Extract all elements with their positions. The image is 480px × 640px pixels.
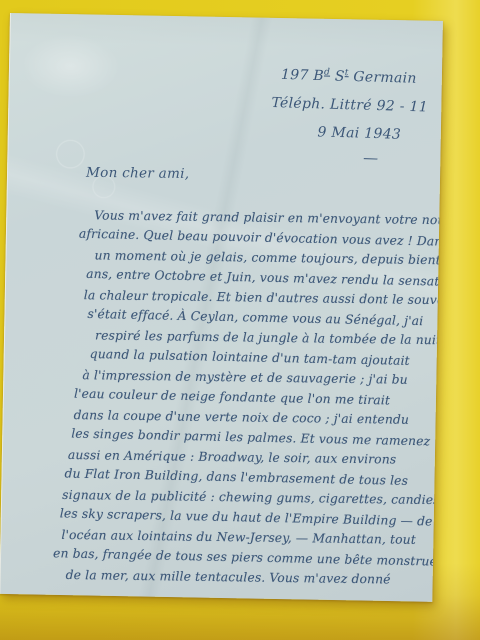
- sender-address: 197 Bd St Germain: [271, 57, 416, 93]
- date-underline-dash: —: [269, 145, 378, 168]
- letter-header: 197 Bd St Germain Téléph. Littré 92 - 11…: [269, 57, 429, 169]
- salutation: Mon cher ami,: [86, 165, 189, 182]
- sender-phone: Téléph. Littré 92 - 11: [271, 89, 428, 121]
- photo-background: 197 Bd St Germain Téléph. Littré 92 - 11…: [0, 0, 480, 640]
- letter-body: Vous m'avez fait grand plaisir en m'envo…: [51, 204, 440, 591]
- letter-date: 9 Mai 1943: [270, 117, 401, 149]
- address-superscript: d: [323, 67, 329, 77]
- letter-paper: 197 Bd St Germain Téléph. Littré 92 - 11…: [0, 13, 443, 602]
- address-part: 197 B: [280, 67, 323, 84]
- address-part: Germain: [348, 69, 417, 87]
- letter-line: de la mer, aux mille tentacules. Vous m'…: [66, 565, 433, 590]
- address-part: S: [329, 68, 344, 84]
